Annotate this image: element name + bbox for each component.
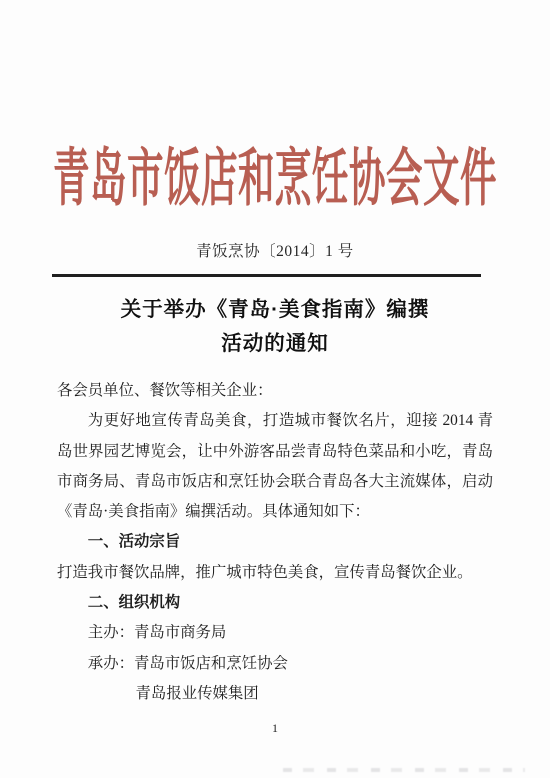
notice-title-line2: 活动的通知: [0, 326, 550, 356]
page-number: 1: [0, 721, 550, 736]
body-line: 市商务局、青岛市饭店和烹饪协会联合青岛各大主流媒体，启动: [57, 467, 493, 497]
body-line: 为更好地宣传青岛美食，打造城市餐饮名片，迎接 2014 青: [57, 406, 493, 436]
document-body: 各会员单位、餐饮等相关企业：为更好地宣传青岛美食，打造城市餐饮名片，迎接 201…: [57, 376, 493, 709]
body-line: 岛世界园艺博览会，让中外游客品尝青岛特色菜品和小吃，青岛: [57, 437, 493, 467]
body-line: 青岛报业传媒集团: [57, 679, 493, 709]
letterhead-divider: [52, 274, 481, 277]
body-line: 主办：青岛市商务局: [57, 618, 493, 648]
body-line: 打造我市餐饮品牌，推广城市特色美食，宣传青岛餐饮企业。: [57, 558, 493, 588]
document-number: 青饭烹协〔2014〕1 号: [0, 239, 550, 261]
scan-noise-strip: [283, 768, 525, 772]
document-page: 青岛市饭店和烹饪协会文件 青饭烹协〔2014〕1 号 关于举办《青岛·美食指南》…: [0, 0, 550, 778]
body-line: 各会员单位、餐饮等相关企业：: [57, 376, 493, 406]
body-line: 《青岛·美食指南》编撰活动。具体通知如下：: [57, 497, 493, 527]
body-line: 一、活动宗旨: [57, 527, 493, 557]
notice-title-line1: 关于举办《青岛·美食指南》编撰: [0, 292, 550, 322]
letterhead-title: 青岛市饭店和烹饪协会文件: [0, 148, 550, 211]
body-line: 二、组织机构: [57, 588, 493, 618]
body-line: 承办：青岛市饭店和烹饪协会: [57, 649, 493, 679]
